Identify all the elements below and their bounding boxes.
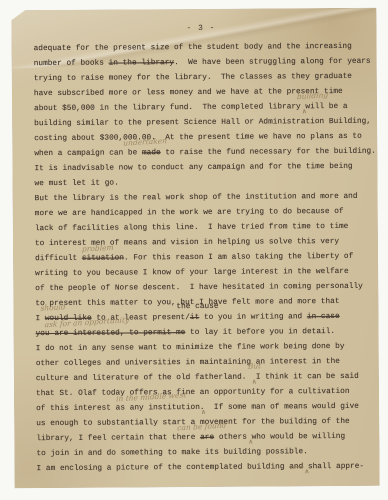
typed-text: . For this reason I am also taking the l… (124, 253, 353, 263)
typed-text: to lay it before you in detail. (185, 328, 335, 337)
struck-text: it (190, 314, 199, 322)
typed-text: But the library is the real work shop of… (35, 193, 358, 203)
typed-text: about $50,000 in the library fund. The c… (34, 103, 348, 113)
typed-text: more we are handicapped in the work we a… (35, 208, 344, 218)
typed-text: It is inadvisable now to conduct any cam… (34, 163, 352, 173)
typed-text: to raise the fund necessary for the buil… (161, 148, 376, 158)
typed-text: we must let it go. (35, 180, 119, 189)
typed-text: building similar to the present Science … (34, 118, 371, 128)
typed-text: to interest men of means and vision in h… (35, 238, 339, 248)
typed-text: trying to raise money for the library. T… (34, 73, 352, 83)
typed-text: I am enclosing a picture of the contempl… (37, 463, 290, 473)
struck-text: and (289, 463, 303, 471)
typed-text: I (35, 315, 44, 323)
text-line: I am enclosing a picture of the contempl… (36, 460, 371, 477)
typed-text: to join in and do something to make its … (36, 448, 307, 458)
typed-text: of this interest as any institution. If … (36, 403, 359, 413)
handwritten-annotation: building (297, 90, 329, 101)
typed-text: number of books (34, 60, 109, 69)
handwritten-annotation: problem (82, 243, 114, 254)
typed-text: library, I feel certain that there (36, 434, 200, 443)
typed-text: when a campaign can be (34, 149, 142, 158)
typed-text: writing to you because I know of your la… (35, 268, 349, 278)
struck-text: you are interested, to permit me (36, 329, 186, 338)
typed-insertion: the cause (176, 303, 218, 312)
struck-text: in case (307, 313, 340, 321)
handwritten-annotation: But (248, 361, 262, 371)
typed-text: that St. Olaf today offers as fine an op… (36, 388, 350, 398)
typed-text: adequate for the present size of the stu… (34, 43, 352, 53)
typed-text: to you in writing and (199, 313, 307, 322)
typed-text: of the people of Norse descent. I have h… (35, 283, 363, 293)
struck-text: are (200, 434, 214, 442)
handwritten-annotation: undertaken (123, 136, 167, 148)
struck-text: situation (82, 254, 124, 262)
typed-text: I do not in any sense want to minimize t… (36, 343, 345, 353)
handwritten-annotation: should (40, 302, 66, 313)
letter-page: - 3 - adequate for the present size of t… (11, 8, 379, 489)
caret-mark: ∧ (304, 467, 309, 476)
page-number: - 3 - (33, 20, 368, 37)
typed-text: . We have been struggling along for year… (174, 58, 371, 67)
typed-text: difficult (35, 255, 82, 263)
scan-background: { "document": { "page_number": "- 3 -", … (0, 0, 388, 500)
typed-text: other colleges and universities in maint… (36, 358, 340, 368)
typed-text: shall appre- (303, 463, 364, 471)
typed-text: culture and literature of the old father… (36, 373, 359, 383)
letter-lines: adequate for the present size of the stu… (34, 40, 372, 477)
handwritten-annotation: can be found (177, 420, 227, 432)
struck-text: made (142, 149, 161, 157)
typed-text: costing about $300,000.00. At the presen… (34, 133, 362, 143)
struck-text: in the library (109, 59, 175, 67)
typed-text: lack of facilities along this line. I ha… (35, 223, 349, 233)
typed-text: others who would be willing (214, 433, 345, 442)
